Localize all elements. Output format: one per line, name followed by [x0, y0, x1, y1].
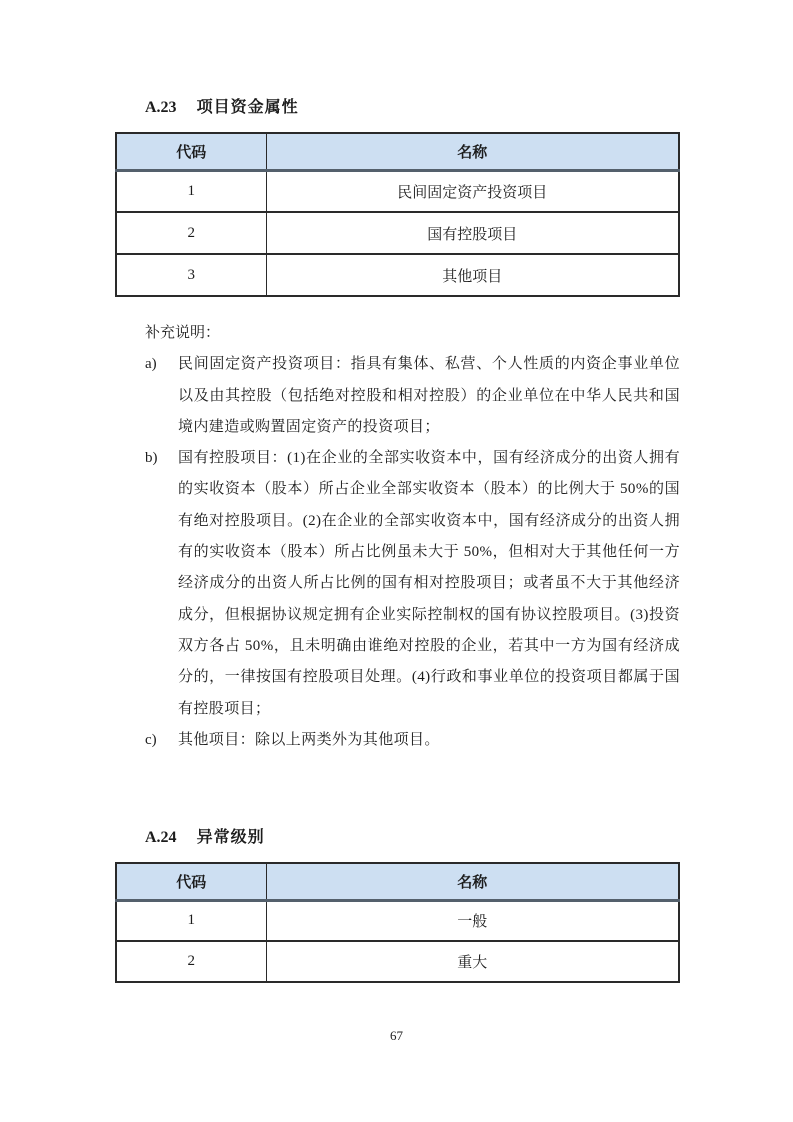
document-page: A.23项目资金属性 代码 名称 1民间固定资产投资项目2国有控股项目3其他项目… [0, 0, 793, 1122]
page-content: A.23项目资金属性 代码 名称 1民间固定资产投资项目2国有控股项目3其他项目… [115, 0, 680, 983]
table-row: 2重大 [116, 941, 679, 982]
table-row: 3其他项目 [116, 254, 679, 296]
cell-name: 民间固定资产投资项目 [266, 170, 679, 212]
table-header-code: 代码 [116, 133, 266, 170]
page-number: 67 [0, 1028, 793, 1044]
table-row: 2国有控股项目 [116, 212, 679, 254]
note-marker: c) [145, 725, 178, 756]
table-body: 1民间固定资产投资项目2国有控股项目3其他项目 [116, 170, 679, 296]
code-table-a23: 代码 名称 1民间固定资产投资项目2国有控股项目3其他项目 [115, 132, 680, 297]
table-body: 1一般2重大 [116, 900, 679, 982]
note-item: c)其他项目：除以上两类外为其他项目。 [145, 725, 680, 756]
cell-code: 2 [116, 941, 266, 982]
section-title: 项目资金属性 [197, 99, 299, 116]
note-marker: a) [145, 349, 178, 380]
cell-code: 3 [116, 254, 266, 296]
section-heading-a23: A.23项目资金属性 [145, 0, 680, 118]
section-a23: A.23项目资金属性 代码 名称 1民间固定资产投资项目2国有控股项目3其他项目… [115, 0, 680, 756]
section-a24: A.24异常级别 代码 名称 1一般2重大 [115, 756, 680, 983]
cell-code: 1 [116, 900, 266, 941]
section-title: 异常级别 [197, 829, 265, 846]
table-row: 1民间固定资产投资项目 [116, 170, 679, 212]
cell-code: 2 [116, 212, 266, 254]
table-header-name: 名称 [266, 863, 679, 900]
table-header-code: 代码 [116, 863, 266, 900]
notes-list: a)民间固定资产投资项目：指具有集体、私营、个人性质的内资企事业单位以及由其控股… [145, 349, 680, 756]
cell-name: 一般 [266, 900, 679, 941]
code-table-a24: 代码 名称 1一般2重大 [115, 862, 680, 983]
note-item: a)民间固定资产投资项目：指具有集体、私营、个人性质的内资企事业单位以及由其控股… [145, 349, 680, 443]
table-header-row: 代码 名称 [116, 133, 679, 170]
section-number: A.24 [145, 829, 177, 846]
table-head: 代码 名称 [116, 863, 679, 900]
cell-name: 重大 [266, 941, 679, 982]
table-head: 代码 名称 [116, 133, 679, 170]
cell-name: 国有控股项目 [266, 212, 679, 254]
table-row: 1一般 [116, 900, 679, 941]
section-heading-a24: A.24异常级别 [145, 756, 680, 848]
cell-code: 1 [116, 170, 266, 212]
note-item: b)国有控股项目：(1)在企业的全部实收资本中，国有经济成分的出资人拥有的实收资… [145, 443, 680, 725]
table-header-row: 代码 名称 [116, 863, 679, 900]
note-marker: b) [145, 443, 178, 474]
notes-title: 补充说明： [145, 318, 680, 349]
table-header-name: 名称 [266, 133, 679, 170]
note-text: 其他项目：除以上两类外为其他项目。 [178, 725, 680, 756]
supplementary-notes: 补充说明： a)民间固定资产投资项目：指具有集体、私营、个人性质的内资企事业单位… [145, 318, 680, 756]
note-text: 国有控股项目：(1)在企业的全部实收资本中，国有经济成分的出资人拥有的实收资本（… [178, 443, 680, 725]
note-text: 民间固定资产投资项目：指具有集体、私营、个人性质的内资企事业单位以及由其控股（包… [178, 349, 680, 443]
section-number: A.23 [145, 99, 177, 116]
cell-name: 其他项目 [266, 254, 679, 296]
